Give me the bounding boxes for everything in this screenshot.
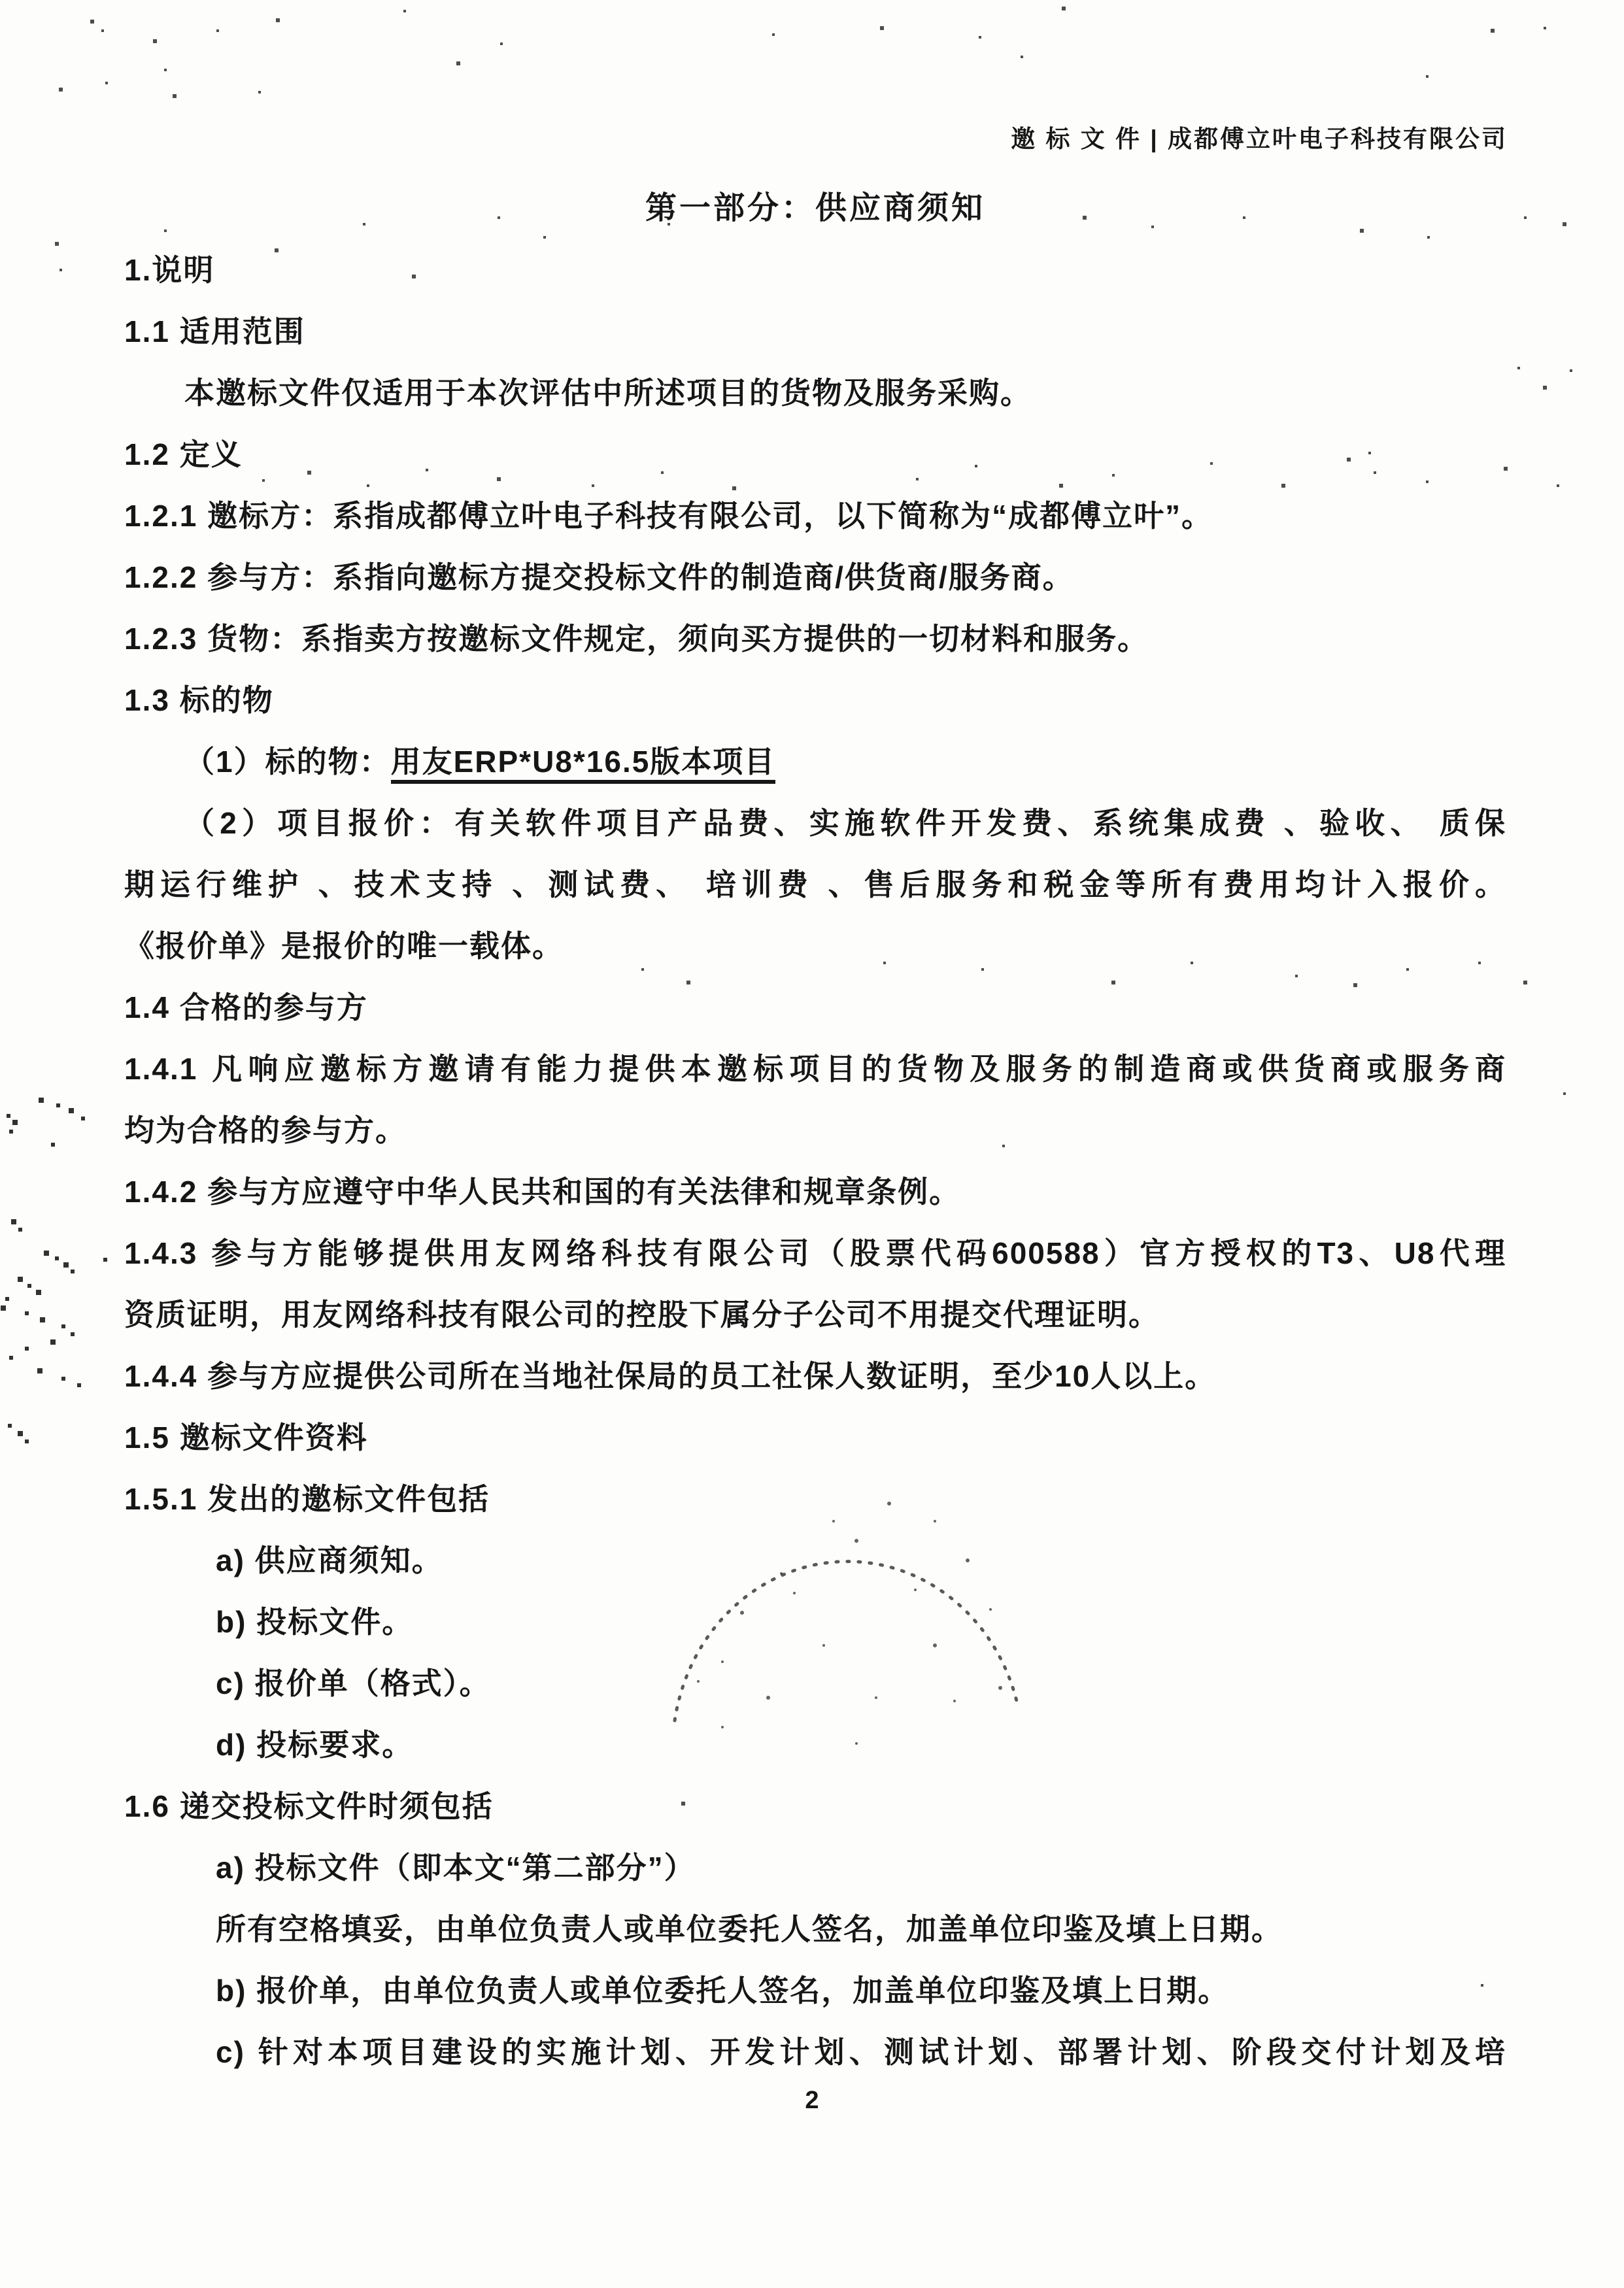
- doc-line: 《报价单》是报价的唯一载体。: [124, 915, 1506, 977]
- doc-line: 1.4.2 参与方应遵守中华人民共和国的有关法律和规章条例。: [124, 1161, 1506, 1222]
- doc-line: 1.4.1 凡响应邀标方邀请有能力提供本邀标项目的货物及服务的制造商或供货商或服…: [124, 1038, 1506, 1100]
- doc-line: 1.5.1 发出的邀标文件包括: [124, 1468, 1506, 1530]
- doc-line: b) 报价单，由单位负责人或单位委托人签名，加盖单位印鉴及填上日期。: [216, 1960, 1506, 2021]
- doc-line-prefix: （1）标的物：: [184, 745, 391, 779]
- doc-line: 第一部分：供应商须知: [124, 178, 1506, 239]
- doc-line: b) 投标文件。: [216, 1591, 1506, 1653]
- doc-line: 1.说明: [124, 239, 1506, 301]
- doc-line: 1.4 合格的参与方: [124, 977, 1506, 1038]
- doc-line: 1.1 适用范围: [124, 301, 1506, 362]
- doc-line: a) 供应商须知。: [216, 1530, 1506, 1591]
- doc-line: c) 针对本项目建设的实施计划、开发计划、测试计划、部署计划、阶段交付计划及培: [216, 2021, 1506, 2083]
- doc-line: 1.2 定义: [124, 424, 1506, 485]
- doc-line: 1.2.1 邀标方：系指成都傅立叶电子科技有限公司，以下简称为“成都傅立叶”。: [124, 485, 1506, 547]
- doc-line: 1.5 邀标文件资料: [124, 1407, 1506, 1468]
- document-page: 邀 标 文 件 | 成都傅立叶电子科技有限公司 第一部分：供应商须知1.说明1.…: [0, 0, 1624, 2288]
- doc-line: 资质证明，用友网络科技有限公司的控股下属分子公司不用提交代理证明。: [124, 1284, 1506, 1345]
- page-number: 2: [0, 2087, 1624, 2115]
- doc-line: c) 报价单（格式）。: [216, 1653, 1506, 1714]
- page-header: 邀 标 文 件 | 成都傅立叶电子科技有限公司: [0, 119, 1508, 154]
- doc-line: 所有空格填妥，由单位负责人或单位委托人签名，加盖单位印鉴及填上日期。: [216, 1898, 1506, 1960]
- doc-line: 期运行维护 、技术支持 、测试费、 培训费 、售后服务和税金等所有费用均计入报价…: [124, 854, 1506, 915]
- doc-line: 1.4.4 参与方应提供公司所在当地社保局的员工社保人数证明，至少10人以上。: [124, 1345, 1506, 1407]
- doc-line: 1.2.2 参与方：系指向邀标方提交投标文件的制造商/供货商/服务商。: [124, 547, 1506, 608]
- doc-line: 1.4.3 参与方能够提供用友网络科技有限公司（股票代码600588）官方授权的…: [124, 1222, 1506, 1284]
- doc-line: a) 投标文件（即本文“第二部分”）: [216, 1837, 1506, 1898]
- underlined-text: 用友ERP*U8*16.5版本项目: [391, 745, 776, 784]
- document-lines: 第一部分：供应商须知1.说明1.1 适用范围本邀标文件仅适用于本次评估中所述项目…: [124, 178, 1506, 2083]
- margin-scribble-marks: [0, 0, 1, 1]
- doc-line: 本邀标文件仅适用于本次评估中所述项目的货物及服务采购。: [124, 362, 1506, 424]
- doc-line: d) 投标要求。: [216, 1714, 1506, 1775]
- doc-line: （2）项目报价：有关软件项目产品费、实施软件开发费、系统集成费 、验收、 质保: [124, 792, 1506, 854]
- doc-line: 1.6 递交投标文件时须包括: [124, 1775, 1506, 1837]
- doc-line: 1.2.3 货物：系指卖方按邀标文件规定，须向买方提供的一切材料和服务。: [124, 608, 1506, 669]
- doc-line: 均为合格的参与方。: [124, 1100, 1506, 1161]
- doc-line: 1.3 标的物: [124, 669, 1506, 731]
- doc-line: （1）标的物：用友ERP*U8*16.5版本项目: [124, 731, 1506, 792]
